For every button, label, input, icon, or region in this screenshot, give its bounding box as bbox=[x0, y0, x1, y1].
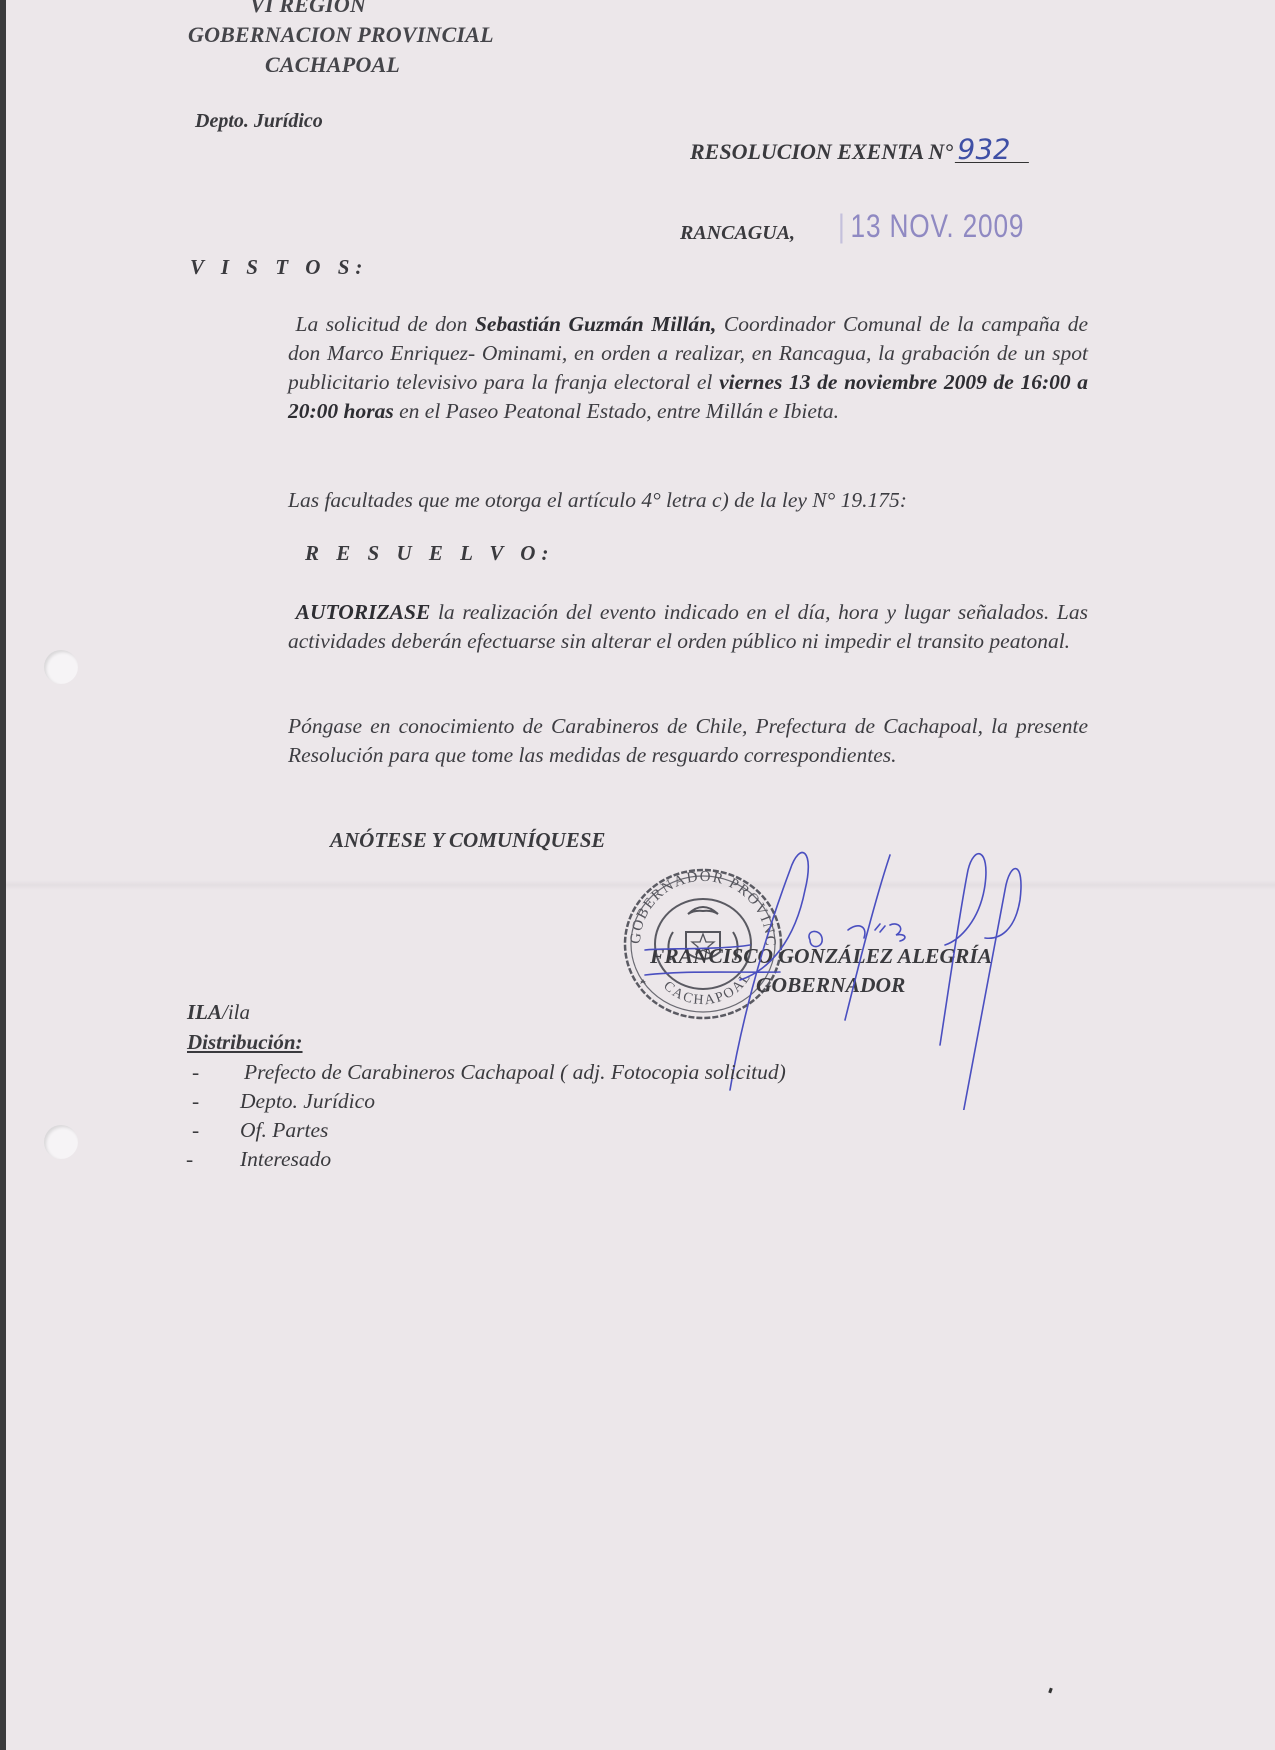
text-run: La solicitud de don bbox=[296, 312, 475, 336]
vistos-heading: V I S T O S: bbox=[190, 255, 368, 280]
dash-bullet-icon: - bbox=[192, 1116, 199, 1145]
distribution-item-text: Prefecto de Carabineros Cachapoal ( adj.… bbox=[244, 1058, 786, 1087]
department-label: Depto. Jurídico bbox=[195, 110, 323, 133]
stamp-bar-icon: | bbox=[838, 208, 846, 244]
svg-text:GOBERNADOR PROVINCIAL: GOBERNADOR PROVINCIAL bbox=[618, 862, 778, 948]
date-stamp-text: 13 NOV. 2009 bbox=[851, 208, 1025, 244]
dash-bullet-icon: - bbox=[186, 1145, 193, 1174]
vistos-paragraph-legal: Las facultades que me otorga el artículo… bbox=[288, 486, 1088, 515]
authorize-keyword: AUTORIZASE bbox=[296, 600, 431, 624]
initials: ILA/ila bbox=[187, 1000, 250, 1025]
distribution-item-text: Interesado bbox=[240, 1145, 331, 1174]
distribution-heading: Distribución: bbox=[187, 1030, 303, 1055]
resuelvo-paragraph-notify: Póngase en conocimiento de Carabineros d… bbox=[288, 712, 1088, 770]
text-run: en el Paseo Peatonal Estado, entre Millá… bbox=[394, 399, 839, 423]
signatory-name: FRANCISCO GONZÁLEZ ALEGRÍA bbox=[650, 944, 992, 969]
punch-hole-bottom bbox=[44, 1125, 78, 1159]
dash-bullet-icon: - bbox=[192, 1087, 199, 1116]
resolution-number: 932 bbox=[955, 138, 1033, 163]
initials-typist: /ila bbox=[222, 1000, 250, 1024]
resolution-title: RESOLUCION EXENTA N°932 bbox=[690, 138, 1031, 165]
signatory-title: GOBERNADOR bbox=[756, 973, 905, 998]
dash-bullet-icon: - bbox=[192, 1058, 199, 1087]
header-region: VI REGION bbox=[250, 0, 366, 18]
distribution-item-text: Depto. Jurídico bbox=[240, 1087, 375, 1116]
initials-author: ILA bbox=[187, 1000, 222, 1024]
ink-speck bbox=[1048, 1688, 1053, 1694]
resolution-label: RESOLUCION EXENTA N° bbox=[690, 139, 953, 164]
distribution-item-text: Of. Partes bbox=[240, 1116, 328, 1145]
vistos-paragraph-request: La solicitud de don Sebastián Guzmán Mil… bbox=[288, 310, 1088, 426]
requester-name: Sebastián Guzmán Millán, bbox=[475, 312, 716, 336]
scan-edge bbox=[0, 0, 6, 1750]
city-label: RANCAGUA, bbox=[680, 222, 795, 245]
date-stamp: |13 NOV. 2009 bbox=[838, 208, 1024, 245]
resuelvo-heading: R E S U E L V O: bbox=[305, 541, 554, 566]
header-office: GOBERNACION PROVINCIAL bbox=[188, 22, 494, 48]
closing-formula: ANÓTESE Y COMUNÍQUESE bbox=[330, 828, 605, 853]
header-province: CACHAPOAL bbox=[265, 52, 400, 78]
resuelvo-paragraph-authorize: AUTORIZASE la realización del evento ind… bbox=[288, 598, 1088, 656]
punch-hole-top bbox=[44, 650, 78, 684]
official-seal-icon: GOBERNADOR PROVINCIAL CACHAPOAL bbox=[618, 862, 788, 1022]
